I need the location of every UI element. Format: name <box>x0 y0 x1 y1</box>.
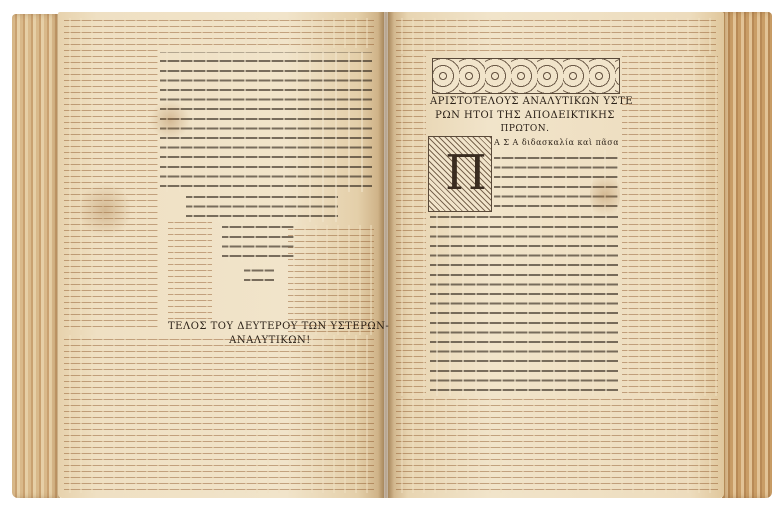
stain <box>150 100 190 140</box>
closing-heading-line2: ΑΝΑΛΥΤΙΚΩΝ! <box>168 334 372 348</box>
decorated-initial: Π <box>428 136 492 212</box>
title-line3: ΠΡΩΤΟΝ. <box>430 122 620 136</box>
right-page-edges <box>722 12 772 498</box>
marginalia-left-mid-left <box>168 222 212 322</box>
stain <box>590 170 620 220</box>
initial-letter: Π <box>445 145 487 201</box>
marginalia-right-bottom <box>396 398 718 493</box>
printed-text-left <box>160 52 372 192</box>
marginalia-right-inner <box>396 56 426 396</box>
book-gutter <box>378 12 394 498</box>
marginalia-right-outer <box>622 56 718 396</box>
marginalia-left-mid-right <box>288 225 374 335</box>
left-page-edges <box>12 14 60 498</box>
decorative-headpiece <box>432 58 620 94</box>
marginalia-left-top <box>64 18 374 48</box>
printed-text-left-taper-2 <box>222 222 294 262</box>
title-line1: ΑΡΙΣΤΟΤΕΛΟΥΣ ΑΝΑΛΥΤΙΚΩΝ ΥΣΤΕ <box>430 95 620 109</box>
stain <box>80 180 130 240</box>
printed-text-left-taper-3 <box>244 262 274 286</box>
closing-heading-line1: ΤΕΛΟΣ ΤΟΥ ΔΕΥΤΕΡΟΥ ΤΩΝ ΥΣΤΕΡΩΝ- <box>168 320 372 334</box>
marginalia-right-top <box>396 18 716 54</box>
title-line2: ΡΩΝ ΗΤΟΙ ΤΗΣ ΑΠΟΔΕΙΚΤΙΚΗΣ <box>430 109 620 123</box>
first-text-line: Α Σ Α διδασκαλία καὶ πᾶσα μά <box>494 136 618 150</box>
printed-text-left-taper-1 <box>186 192 338 222</box>
open-book: ΤΕΛΟΣ ΤΟΥ ΔΕΥΤΕΡΟΥ ΤΩΝ ΥΣΤΕΡΩΝ- ΑΝΑΛΥΤΙΚ… <box>0 0 782 512</box>
marginalia-left-bottom <box>64 335 374 493</box>
printed-text-right-body <box>430 212 618 396</box>
